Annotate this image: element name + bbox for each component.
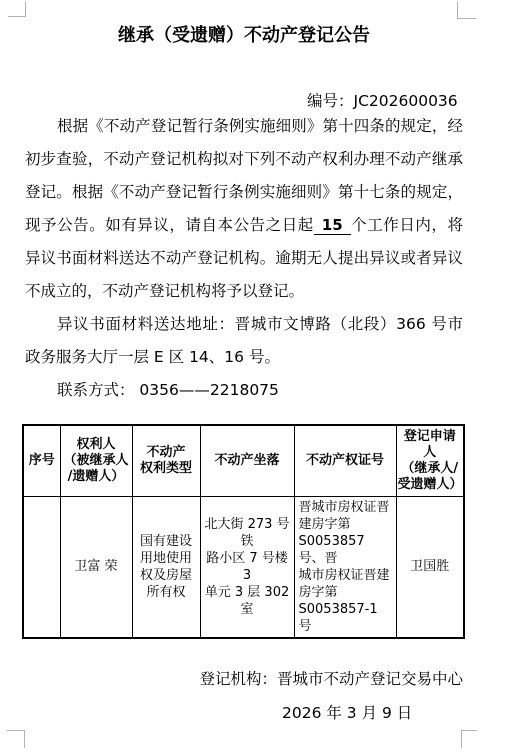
cell-location: 北大街 273 号铁 路小区 7 号楼 3 单元 3 层 302 室 (200, 496, 294, 638)
header-applicant: 登记申请人 （继承人/ 受遗赠人） (396, 425, 464, 496)
cell-owner: 卫富 荣 (60, 496, 132, 638)
page-title: 继承（受遗赠）不动产登记公告 (25, 24, 463, 48)
header-owner: 权利人 （被继承人 /遗赠人） (60, 425, 132, 496)
paragraph-main: 根据《不动产登记暂行条例实施细则》第十四条的规定，经初步查验，不动产登记机构拟对… (25, 110, 463, 308)
registration-agency-line: 登记机构：晋城市不动产登记交易中心 (25, 668, 463, 690)
registration-table: 序号 权利人 （被继承人 /遗赠人） 不动产 权利类型 不动产坐落 不动产权证号… (22, 424, 465, 639)
header-cert-no: 不动产权证号 (294, 425, 396, 496)
table-row: 卫富 荣 国有建设 用地使用 权及房屋 所有权 北大街 273 号铁 路小区 7… (23, 496, 464, 638)
paragraph-address: 异议书面材料送达地址：晋城市文博路（北段）366 号市政务服务大厅一层 E 区 … (25, 308, 463, 374)
document-content: 继承（受遗赠）不动产登记公告 编号：JC202600036 根据《不动产登记暂行… (25, 0, 463, 755)
cell-seq (23, 496, 60, 638)
notice-date: 2026 年 3 月 9 日 (282, 702, 412, 724)
notice-body: 根据《不动产登记暂行条例实施细则》第十四条的规定，经初步查验，不动产登记机构拟对… (25, 110, 463, 407)
cell-right-type: 国有建设 用地使用 权及房屋 所有权 (132, 496, 200, 638)
document-page: 继承（受遗赠）不动产登记公告 编号：JC202600036 根据《不动产登记暂行… (0, 0, 508, 755)
margin-crop-mark-bottom-right-icon (461, 730, 477, 748)
margin-crop-mark-bottom-left-icon (7, 730, 25, 748)
header-right-type: 不动产 权利类型 (132, 425, 200, 496)
objection-days-value: 15 (314, 216, 351, 235)
margin-crop-mark-top-left-icon (8, 2, 26, 17)
table-header-row: 序号 权利人 （被继承人 /遗赠人） 不动产 权利类型 不动产坐落 不动产权证号… (23, 425, 464, 496)
header-location: 不动产坐落 (200, 425, 294, 496)
paragraph-contact: 联系方式： 0356——2218075 (25, 374, 463, 407)
cell-applicant: 卫国胜 (396, 496, 464, 638)
header-seq: 序号 (23, 425, 60, 496)
cell-cert-no: 晋城市房权证晋 建房字第 S0053857 号、晋 城市房权证晋建 房字第 S0… (294, 496, 396, 638)
document-number: 编号：JC202600036 (307, 91, 458, 111)
